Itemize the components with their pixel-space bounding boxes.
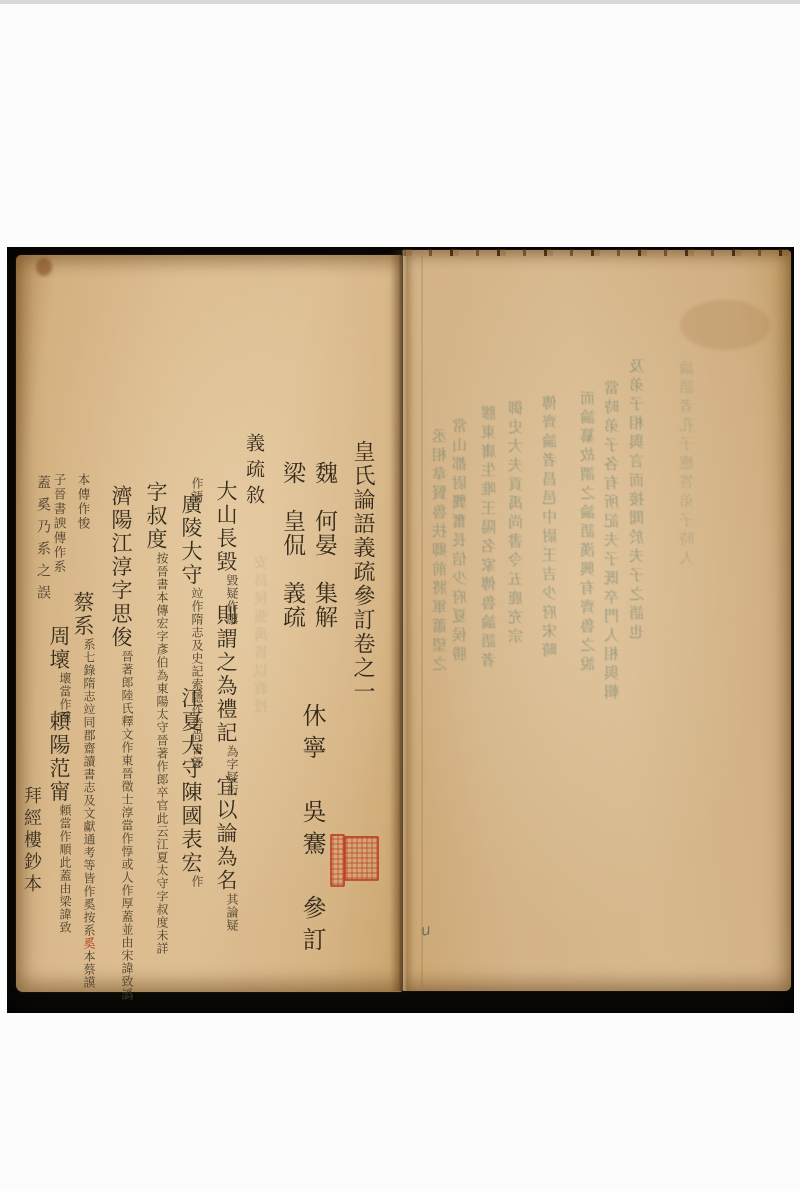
main-text: 大山長毀	[214, 480, 238, 574]
main-text: 宜以論為名	[214, 775, 238, 893]
annotation-column-1: 大山長毀毀疑作隳則謂之為禮記為字疑衍宜以論為名其論疑	[214, 480, 238, 923]
torn-edge	[403, 249, 791, 256]
main-text: 則謂之為禮記	[214, 604, 238, 745]
bleed-through-column-2: 及弟子相與言而接聞於夫子之語也	[630, 358, 645, 643]
interlinear-note: 作語	[190, 477, 203, 493]
main-text: 字叔度	[144, 481, 168, 552]
paper-stain	[680, 300, 770, 350]
bleed-through-column-8: 常山都尉龔奮長信少府夏侯勝	[453, 418, 468, 665]
main-text: 蔡系	[71, 591, 95, 638]
book-title-column: 皇氏論語義疏參訂卷之一	[347, 440, 378, 704]
left-page-bleed-through: 安昌侯張禹皆以教授	[252, 555, 272, 717]
interlinear-note: 其論疑	[225, 893, 238, 923]
paper-crease	[421, 256, 423, 986]
annotation-column-7: 蓋奚乃系之誤	[34, 475, 52, 607]
bleed-through-column-7: 膠東庸生唯王陽名家傳魯論語者	[482, 405, 497, 671]
main-text: 周壞	[47, 625, 71, 672]
scanned-book-photo: 皇氏論語義疏參訂卷之一 魏 何晏 集解 梁 皇侃 義疏 休寧 吳騫 參訂 義疏敘…	[0, 0, 800, 1191]
colophon: 拜經樓鈔本	[18, 786, 44, 896]
annotation-column-4: 濟陽江淳字思俊晉著郎陸氏釋文作東晉徵士淳當作惇或人作厚蓋並由宋諱致譌	[109, 485, 133, 848]
interlinear-note: 晉著郎陸氏釋文作東晉徵士淳當作惇或人作厚蓋並由宋諱致譌	[120, 650, 133, 848]
interlinear-note: 毀疑作隳	[225, 574, 238, 604]
interlinear-note: 壞當作懷	[58, 672, 71, 702]
annotation-column-2: 作語廣陵大守竝作隋志及史記索隱作晉尚書郎江夏大守陳國表宏作	[179, 477, 203, 888]
section-heading: 義疏敘	[241, 433, 268, 511]
annotation-column-3: 字叔度按晉書本傳宏字彥伯為東陽太守晉著作郎卒官此云江夏太守字叔度未詳	[144, 481, 168, 778]
paper-stain	[36, 258, 52, 276]
bleed-through-column-5: 傳齊論者昌邑中尉王吉少府宋畸	[543, 395, 558, 661]
main-text: 頼陽范甯	[47, 710, 71, 804]
collator-column: 休寧 吳騫 參訂	[295, 703, 330, 959]
interlinear-note: 頼當作順此蓋由梁諱致	[58, 804, 71, 876]
commentator-column-liang: 梁 皇侃 義疏	[276, 461, 309, 629]
interlinear-note: 作	[190, 875, 203, 888]
main-text: 江夏大守陳國表宏	[179, 687, 203, 875]
interlinear-note: 系七錄隋志竝同郡齋讀書志及文獻通考等皆作奚按系奚本蔡謨	[82, 638, 95, 836]
bleed-through-column-4: 而論纂故謂之論語漢興有齊魯之說	[581, 390, 596, 675]
bleed-through-column-6: 御史大夫貢禹尚書令五鹿充宗	[509, 400, 524, 647]
bleed-through-column-1: 論語者孔子應答弟子時人	[680, 360, 695, 569]
interlinear-note: 竝作隋志及史記索隱作晉尚書郎	[190, 587, 203, 687]
red-seal-square-stamp-icon	[344, 836, 379, 881]
marginal-note: 蓋奚乃系之誤	[35, 475, 51, 607]
commentator-column-wei: 魏 何晏 集解	[308, 461, 341, 629]
red-ink-correction: 奚	[82, 937, 96, 950]
annotation-column-5: 本傳作悛蔡系系七錄隋志竝同郡齋讀書志及文獻通考等皆作奚按系奚本蔡謨	[71, 473, 95, 836]
main-text: 廣陵大守	[179, 493, 203, 587]
interlinear-note: 為字疑衍	[225, 745, 238, 775]
marginal-note: 本傳作悛	[76, 473, 91, 531]
marginal-note: 子晉書諛傳作系	[52, 473, 67, 575]
page-gutter	[390, 250, 414, 991]
bleed-through-column-3: 當時弟子各有所記夫子既卒門人相與輯	[605, 380, 620, 703]
bleed-through-column-9: 丞相韋賢魯扶卿前將軍蕭望之	[433, 428, 448, 675]
interlinear-note: 按晉書本傳宏字彥伯為東陽太守晉著作郎卒官此云江夏太守字叔度未詳	[155, 552, 168, 778]
scan-top-border	[0, 0, 800, 4]
main-text: 濟陽江淳字思俊	[109, 485, 133, 650]
red-seal-narrow-stamp-icon	[330, 834, 345, 887]
